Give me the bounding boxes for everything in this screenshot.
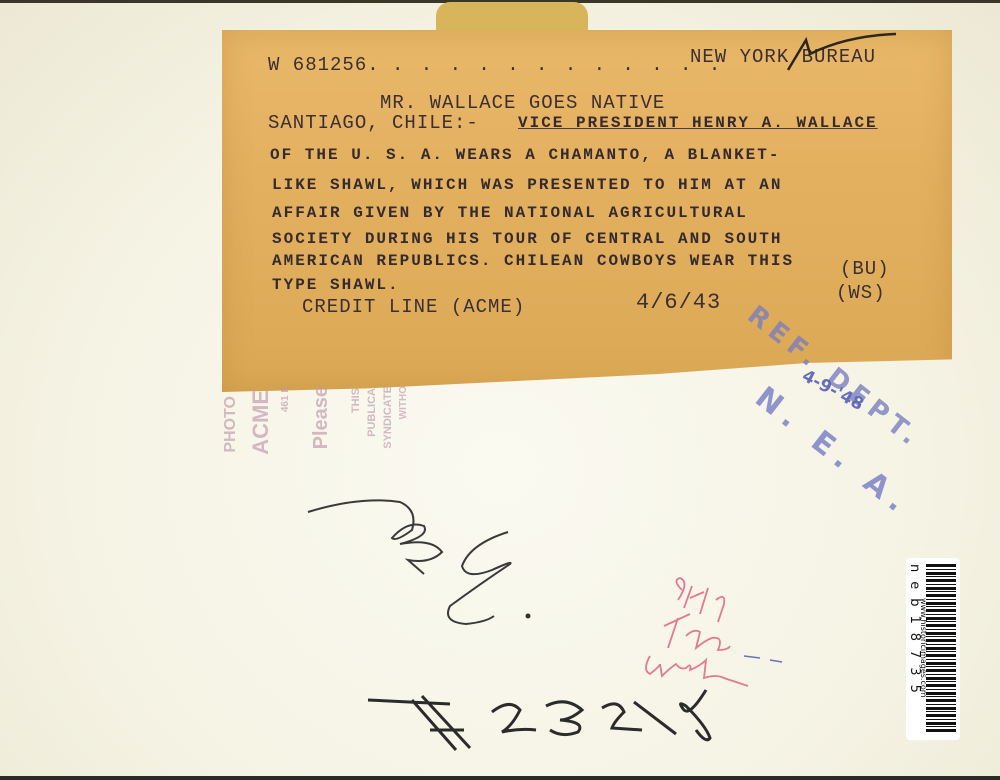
caption-date: 4/6/43 [636, 290, 721, 315]
acme-stamp: PHOTO ACME 461 E Please THIS PUBLICA SYN… [222, 386, 422, 476]
handwritten-initials [300, 480, 560, 650]
caption-line-5: SOCIETY DURING HIS TOUR OF CENTRAL AND S… [272, 230, 782, 248]
pen-strike-mark [786, 32, 906, 72]
caption-line-1: VICE PRESIDENT HENRY A. WALLACE [518, 114, 878, 132]
initials-ws: (WS) [836, 282, 886, 304]
caption-line-6: AMERICAN REPUBLICS. CHILEAN COWBOYS WEAR… [272, 252, 794, 270]
bottom-edge [0, 776, 1000, 780]
barcode-website: www.historicimages.com [919, 598, 928, 698]
credit-line: CREDIT LINE (ACME) [302, 296, 525, 318]
acme-stamp-text: SYNDICATE [382, 386, 394, 449]
barcode-bars [926, 564, 956, 734]
caption-line-7: TYPE SHAWL. [272, 276, 400, 294]
leader-dots: . . . . . . . . . . . . [392, 54, 723, 76]
acme-stamp-text: THIS [350, 388, 362, 413]
initials-bu: (BU) [840, 258, 890, 280]
dateline: SANTIAGO, CHILE:- [268, 112, 479, 134]
handwritten-file-number [350, 660, 750, 770]
acme-stamp-text: 461 E [280, 386, 291, 412]
acme-stamp-text: Please [310, 386, 333, 449]
headline: MR. WALLACE GOES NATIVE [380, 92, 665, 114]
acme-stamp-text: PUBLICA [366, 388, 378, 437]
caption-line-4: AFFAIR GIVEN BY THE NATIONAL AGRICULTURA… [272, 204, 748, 222]
acme-stamp-text: ACME [248, 390, 274, 455]
caption-line-3: LIKE SHAWL, WHICH WAS PRESENTED TO HIM A… [272, 176, 782, 194]
caption-line-2: OF THE U. S. A. WEARS A CHAMANTO, A BLAN… [270, 146, 780, 164]
reference-number: W 681256. [268, 54, 380, 76]
acme-stamp-text: WITHO [398, 386, 409, 419]
acme-stamp-text: PHOTO [222, 396, 240, 453]
barcode-sticker: neb18735 www.historicimages.com [906, 558, 960, 740]
